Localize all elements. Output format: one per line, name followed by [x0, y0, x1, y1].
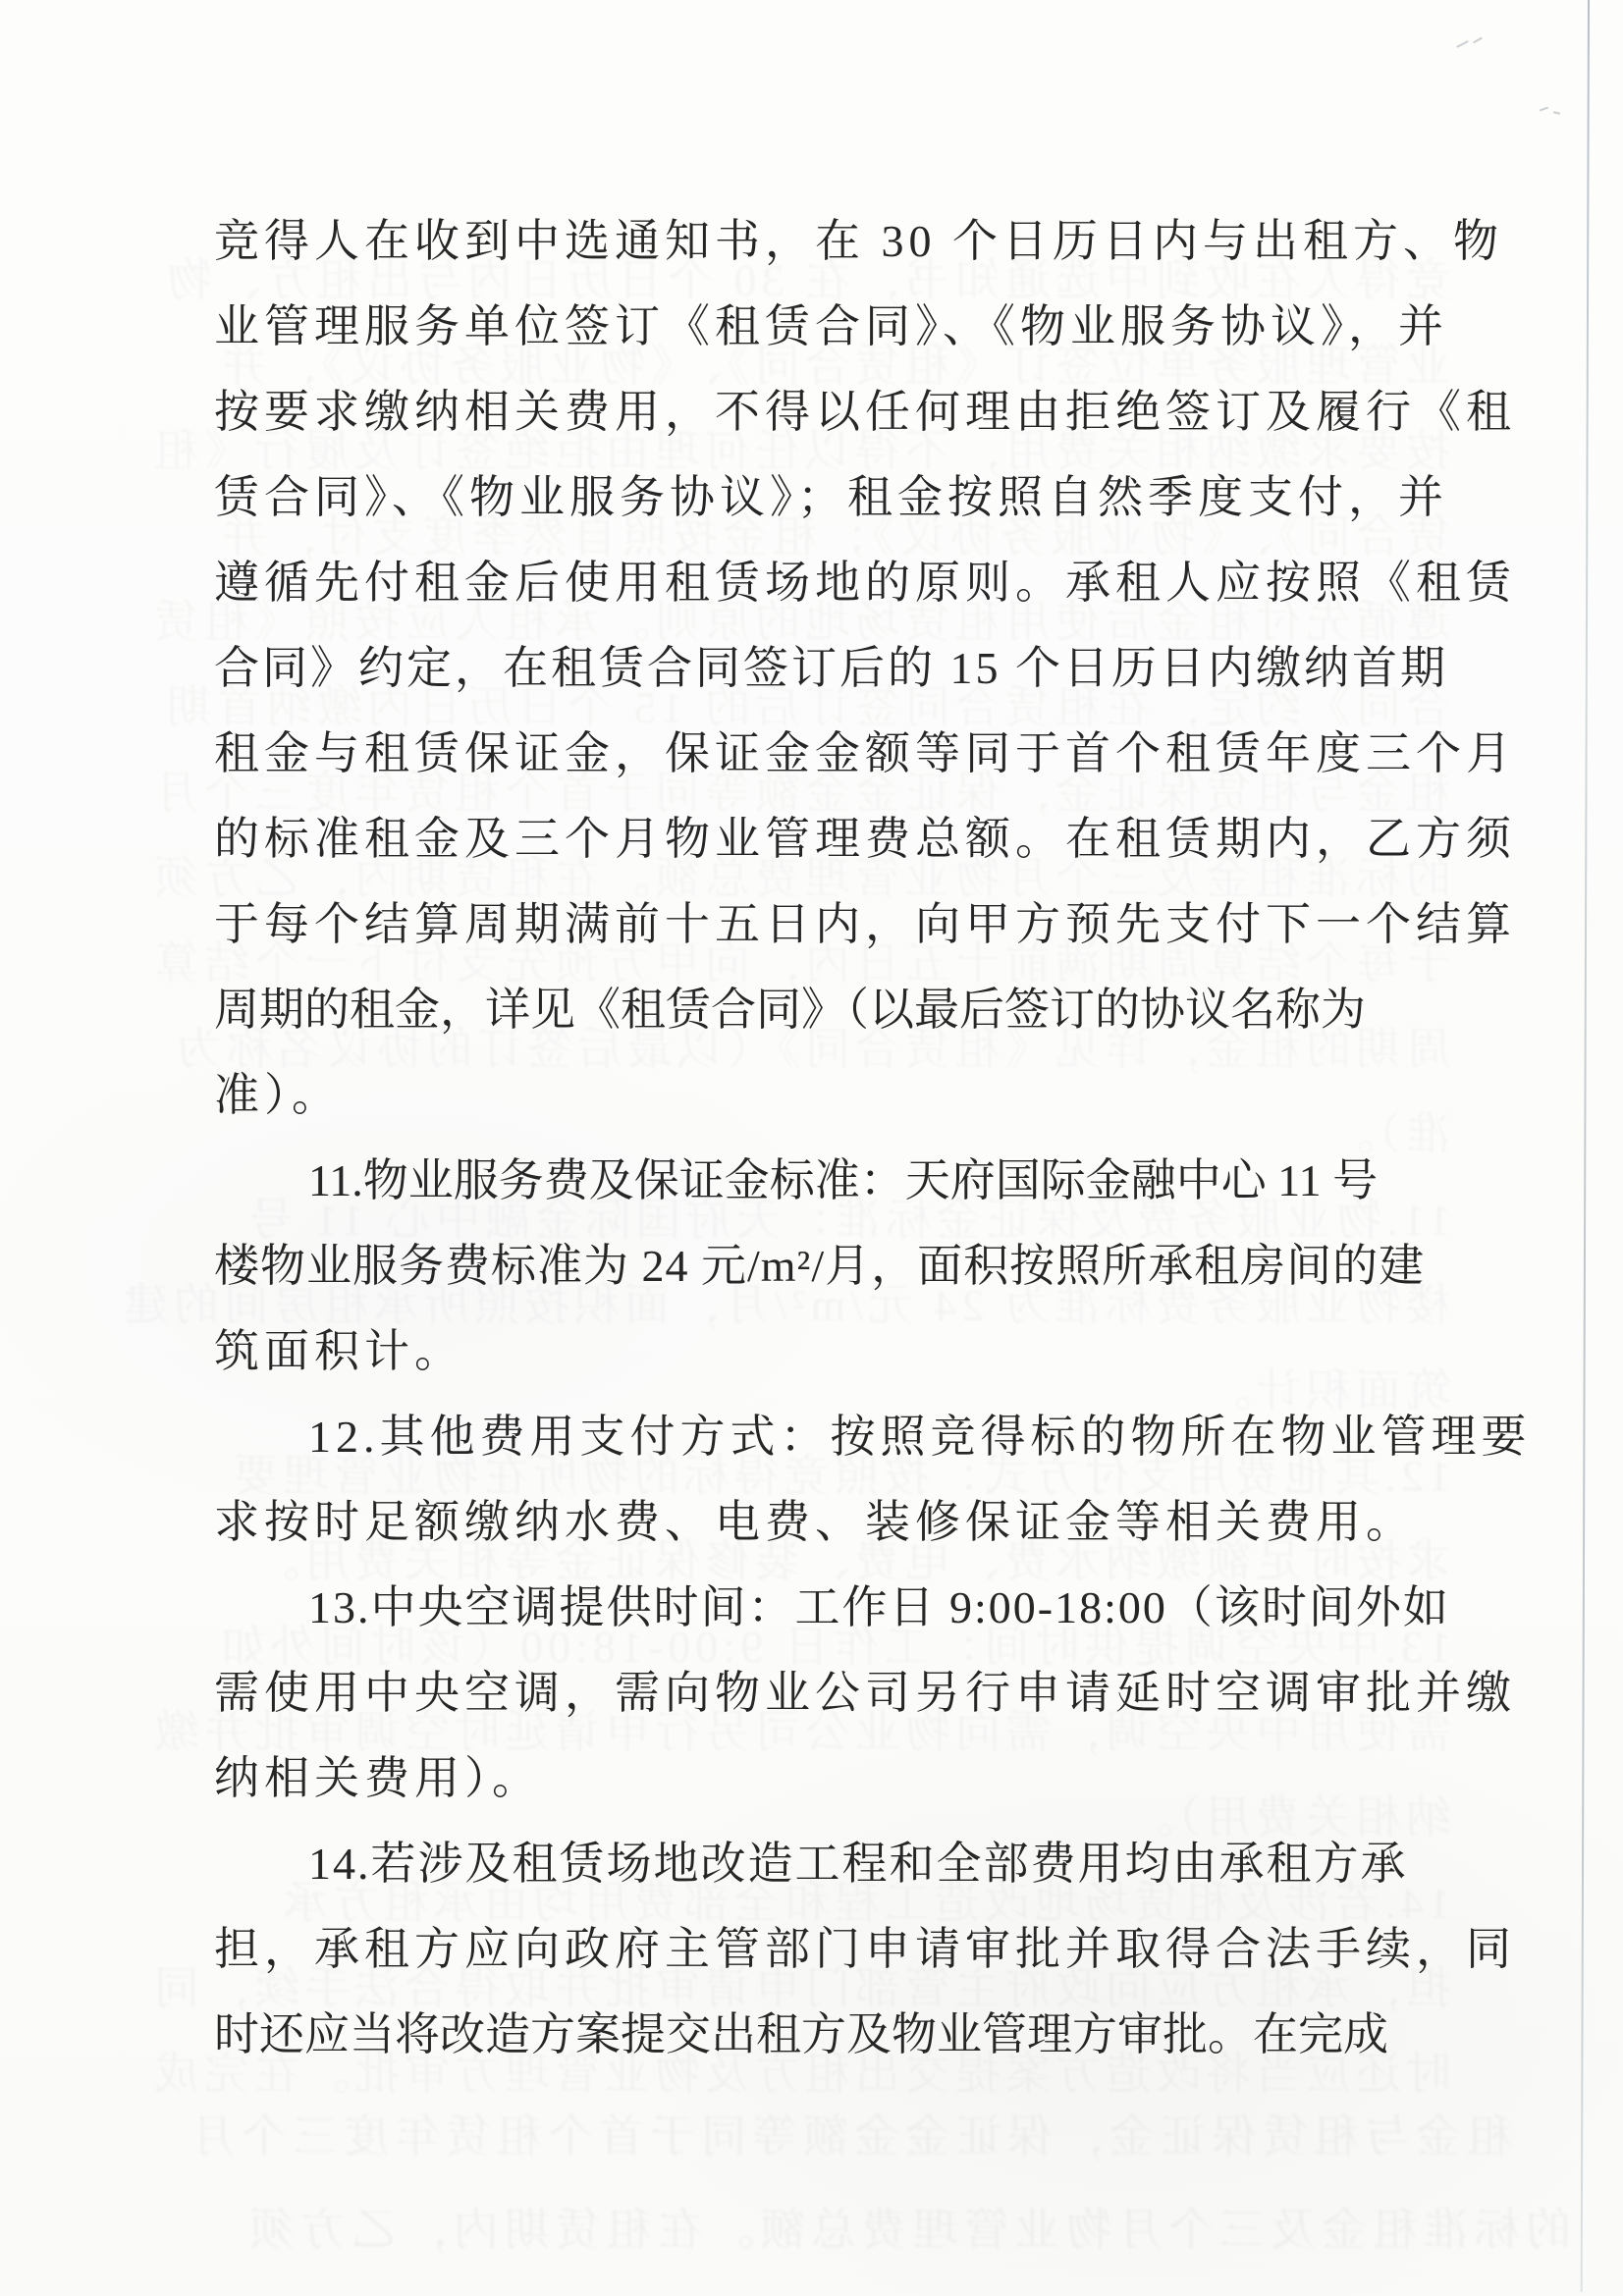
text-line: 业管理服务单位签订《租赁合同》、《物业服务协议》，并 — [214, 284, 1451, 369]
text-line: 纳相关费用）。 — [214, 1735, 1451, 1821]
bleedthrough-ghost: 租金与租赁保证金，保证金金额等同于首个租赁年度三个月 — [236, 2101, 1512, 2165]
text-line: 担，承租方应向政府主管部门申请审批并取得合法手续，同 — [214, 1906, 1451, 1992]
text-line: 租金与租赁保证金，保证金金额等同于首个租赁年度三个月 — [214, 711, 1451, 796]
scan-artifact-line — [1581, 0, 1590, 2292]
text-line: 需使用中央空调，需向物业公司另行申请延时空调审批并缴 — [214, 1650, 1451, 1735]
text-line: 楼物业服务费标准为 24 元/m²/月，面积按照所承租房间的建 — [214, 1223, 1451, 1308]
text-line: 遵循先付租金后使用租赁场地的原则。承租人应按照《租赁 — [214, 540, 1451, 625]
text-line: 赁合同》、《物业服务协议》；租金按照自然季度支付，并 — [214, 454, 1451, 540]
text-line: 合同》约定，在租赁合同签订后的 15 个日历日内缴纳首期 — [214, 625, 1451, 711]
scanned-document-page: { "artifacts": { "scan_line_color": "#aa… — [0, 0, 1623, 2296]
text-line: 12.其他费用支付方式：按照竞得标的物所在物业管理要 — [214, 1394, 1451, 1479]
text-line: 11.物业服务费及保证金标准：天府国际金融中心 11 号 — [214, 1138, 1451, 1223]
text-line: 准）。 — [214, 1052, 1451, 1138]
text-line: 竞得人在收到中选通知书，在 30 个日历日内与出租方、物 — [214, 198, 1451, 284]
scan-speck — [1553, 111, 1560, 114]
bleedthrough-ghost: 的标准租金及三个月物业管理费总额。在租赁期内，乙方须 — [295, 2194, 1571, 2259]
text-line: 的标准租金及三个月物业管理费总额。在租赁期内，乙方须 — [214, 796, 1451, 881]
text-line: 按要求缴纳相关费用，不得以任何理由拒绝签订及履行《租 — [214, 369, 1451, 454]
scan-speck — [1456, 40, 1468, 48]
document-body: 竞得人在收到中选通知书，在 30 个日历日内与出租方、物 业管理服务单位签订《租… — [214, 198, 1451, 2077]
text-line: 于每个结算周期满前十五日内，向甲方预先支付下一个结算 — [214, 881, 1451, 967]
text-line: 筑面积计。 — [214, 1308, 1451, 1394]
text-line: 求按时足额缴纳水费、电费、装修保证金等相关费用。 — [214, 1479, 1451, 1565]
scan-speck — [1473, 37, 1483, 44]
text-line: 时还应当将改造方案提交出租方及物业管理方审批。在完成 — [214, 1992, 1451, 2077]
text-line: 周期的租金，详见《租赁合同》（以最后签订的协议名称为 — [214, 967, 1451, 1052]
text-line: 13.中央空调提供时间：工作日 9:00-18:00（该时间外如 — [214, 1565, 1451, 1650]
scan-speck — [1540, 107, 1548, 112]
text-line: 14.若涉及租赁场地改造工程和全部费用均由承租方承 — [214, 1821, 1451, 1906]
